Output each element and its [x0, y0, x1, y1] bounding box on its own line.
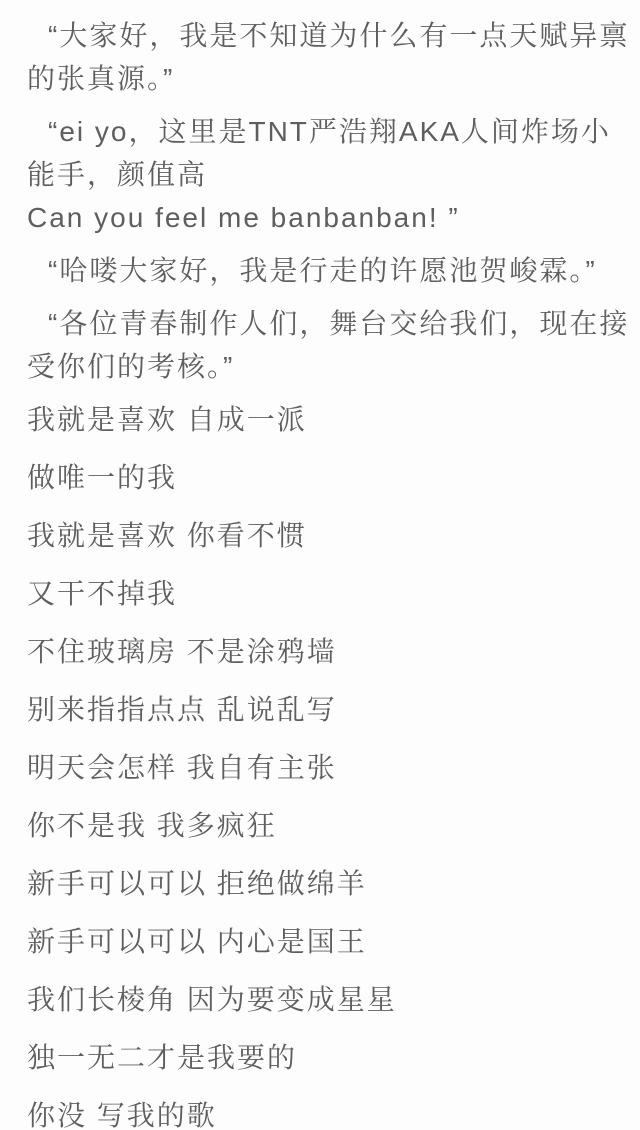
quote-line: “ei yo，这里是TNT严浩翔AKA人间炸场小: [27, 110, 616, 153]
quote-paragraph-3: “哈喽大家好，我是行走的许愿池贺峻霖。”: [27, 249, 616, 292]
lyric-line: 明天会怎样 我自有主张: [27, 746, 616, 789]
lyric-line: 我就是喜欢 自成一派: [27, 398, 616, 441]
lyric-line: 不住玻璃房 不是涂鸦墙: [27, 630, 616, 673]
lyric-line: 我们长棱角 因为要变成星星: [27, 978, 616, 1021]
quote-line: “哈喽大家好，我是行走的许愿池贺峻霖。”: [27, 249, 616, 292]
lyrics-section: 我就是喜欢 自成一派 做唯一的我 我就是喜欢 你看不惯 又干不掉我 不住玻璃房 …: [27, 398, 616, 1130]
quote-paragraph-2: “ei yo，这里是TNT严浩翔AKA人间炸场小 能手，颜值高 Can you …: [27, 110, 616, 239]
lyric-line: 我就是喜欢 你看不惯: [27, 514, 616, 557]
lyric-line: 别来指指点点 乱说乱写: [27, 688, 616, 731]
quote-line: 的张真源。”: [27, 57, 616, 100]
lyric-line: 做唯一的我: [27, 456, 616, 499]
lyric-line: 新手可以可以 拒绝做绵羊: [27, 862, 616, 905]
lyric-line: 独一无二才是我要的: [27, 1036, 616, 1079]
quote-paragraph-4: “各位青春制作人们，舞台交给我们，现在接 受你们的考核。”: [27, 302, 616, 388]
quote-line: Can you feel me banbanban! ”: [27, 196, 616, 239]
lyric-line: 又干不掉我: [27, 572, 616, 615]
article-body: “大家好，我是不知道为什么有一点天赋异禀 的张真源。” “ei yo，这里是TN…: [0, 0, 640, 1130]
quote-paragraph-1: “大家好，我是不知道为什么有一点天赋异禀 的张真源。”: [27, 14, 616, 100]
lyric-line: 你没 写我的歌: [27, 1094, 616, 1130]
quote-line: “大家好，我是不知道为什么有一点天赋异禀: [27, 14, 616, 57]
quote-line: 受你们的考核。”: [27, 345, 616, 388]
lyric-line: 新手可以可以 内心是国王: [27, 920, 616, 963]
quote-line: “各位青春制作人们，舞台交给我们，现在接: [27, 302, 616, 345]
quote-line: 能手，颜值高: [27, 153, 616, 196]
lyric-line: 你不是我 我多疯狂: [27, 804, 616, 847]
